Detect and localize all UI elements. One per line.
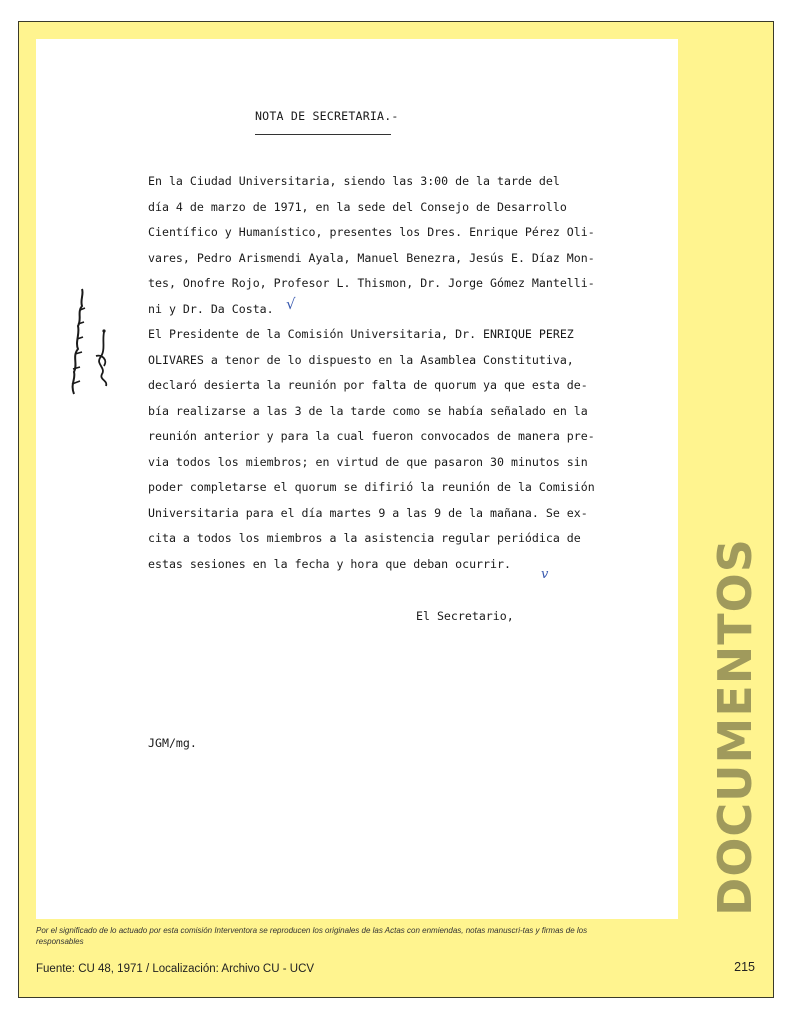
signer-label: El Secretario,: [416, 609, 514, 623]
section-title-text: DOCUMENTOS: [708, 538, 762, 916]
checkmark-icon: √: [286, 295, 296, 313]
text-line: Científico y Humanístico, presentes los …: [148, 220, 648, 246]
text-line: cita a todos los miembros a la asistenci…: [148, 526, 648, 552]
text-line: El Presidente de la Comisión Universitar…: [148, 322, 648, 348]
document-title: NOTA DE SECRETARIA.-: [255, 109, 399, 123]
page: NOTA DE SECRETARIA.- En la Ciudad Univer…: [18, 21, 774, 998]
checkmark-icon: v: [541, 567, 548, 582]
document-sheet: NOTA DE SECRETARIA.- En la Ciudad Univer…: [36, 39, 678, 919]
text-line: poder completarse el quorum se difirió l…: [148, 475, 648, 501]
text-line: ni y Dr. Da Costa.: [148, 297, 648, 323]
paragraph-attendance: En la Ciudad Universitaria, siendo las 3…: [148, 169, 648, 322]
handwritten-signature-icon: [66, 284, 116, 404]
text-line: tes, Onofre Rojo, Profesor L. Thismon, D…: [148, 271, 648, 297]
text-line: via todos los miembros; en virtud de que…: [148, 450, 648, 476]
paragraph-declaration: El Presidente de la Comisión Universitar…: [148, 322, 648, 577]
text-line: declaró desierta la reunión por falta de…: [148, 373, 648, 399]
title-underline: [255, 134, 391, 135]
section-title: DOCUMENTOS: [705, 527, 765, 927]
text-line: estas sesiones en la fecha y hora que de…: [148, 552, 648, 578]
figure-caption: Por el significado de lo actuado por est…: [36, 926, 596, 947]
text-line: bía realizarse a las 3 de la tarde como …: [148, 399, 648, 425]
typist-initials: JGM/mg.: [148, 736, 197, 750]
source-citation: Fuente: CU 48, 1971 / Localización: Arch…: [36, 963, 314, 975]
text-line: reunión anterior y para la cual fueron c…: [148, 424, 648, 450]
text-line: OLIVARES a tenor de lo dispuesto en la A…: [148, 348, 648, 374]
text-line: día 4 de marzo de 1971, en la sede del C…: [148, 195, 648, 221]
text-line: En la Ciudad Universitaria, siendo las 3…: [148, 169, 648, 195]
text-line: Universitaria para el día martes 9 a las…: [148, 501, 648, 527]
page-number: 215: [734, 960, 755, 974]
text-line: vares, Pedro Arismendi Ayala, Manuel Ben…: [148, 246, 648, 272]
